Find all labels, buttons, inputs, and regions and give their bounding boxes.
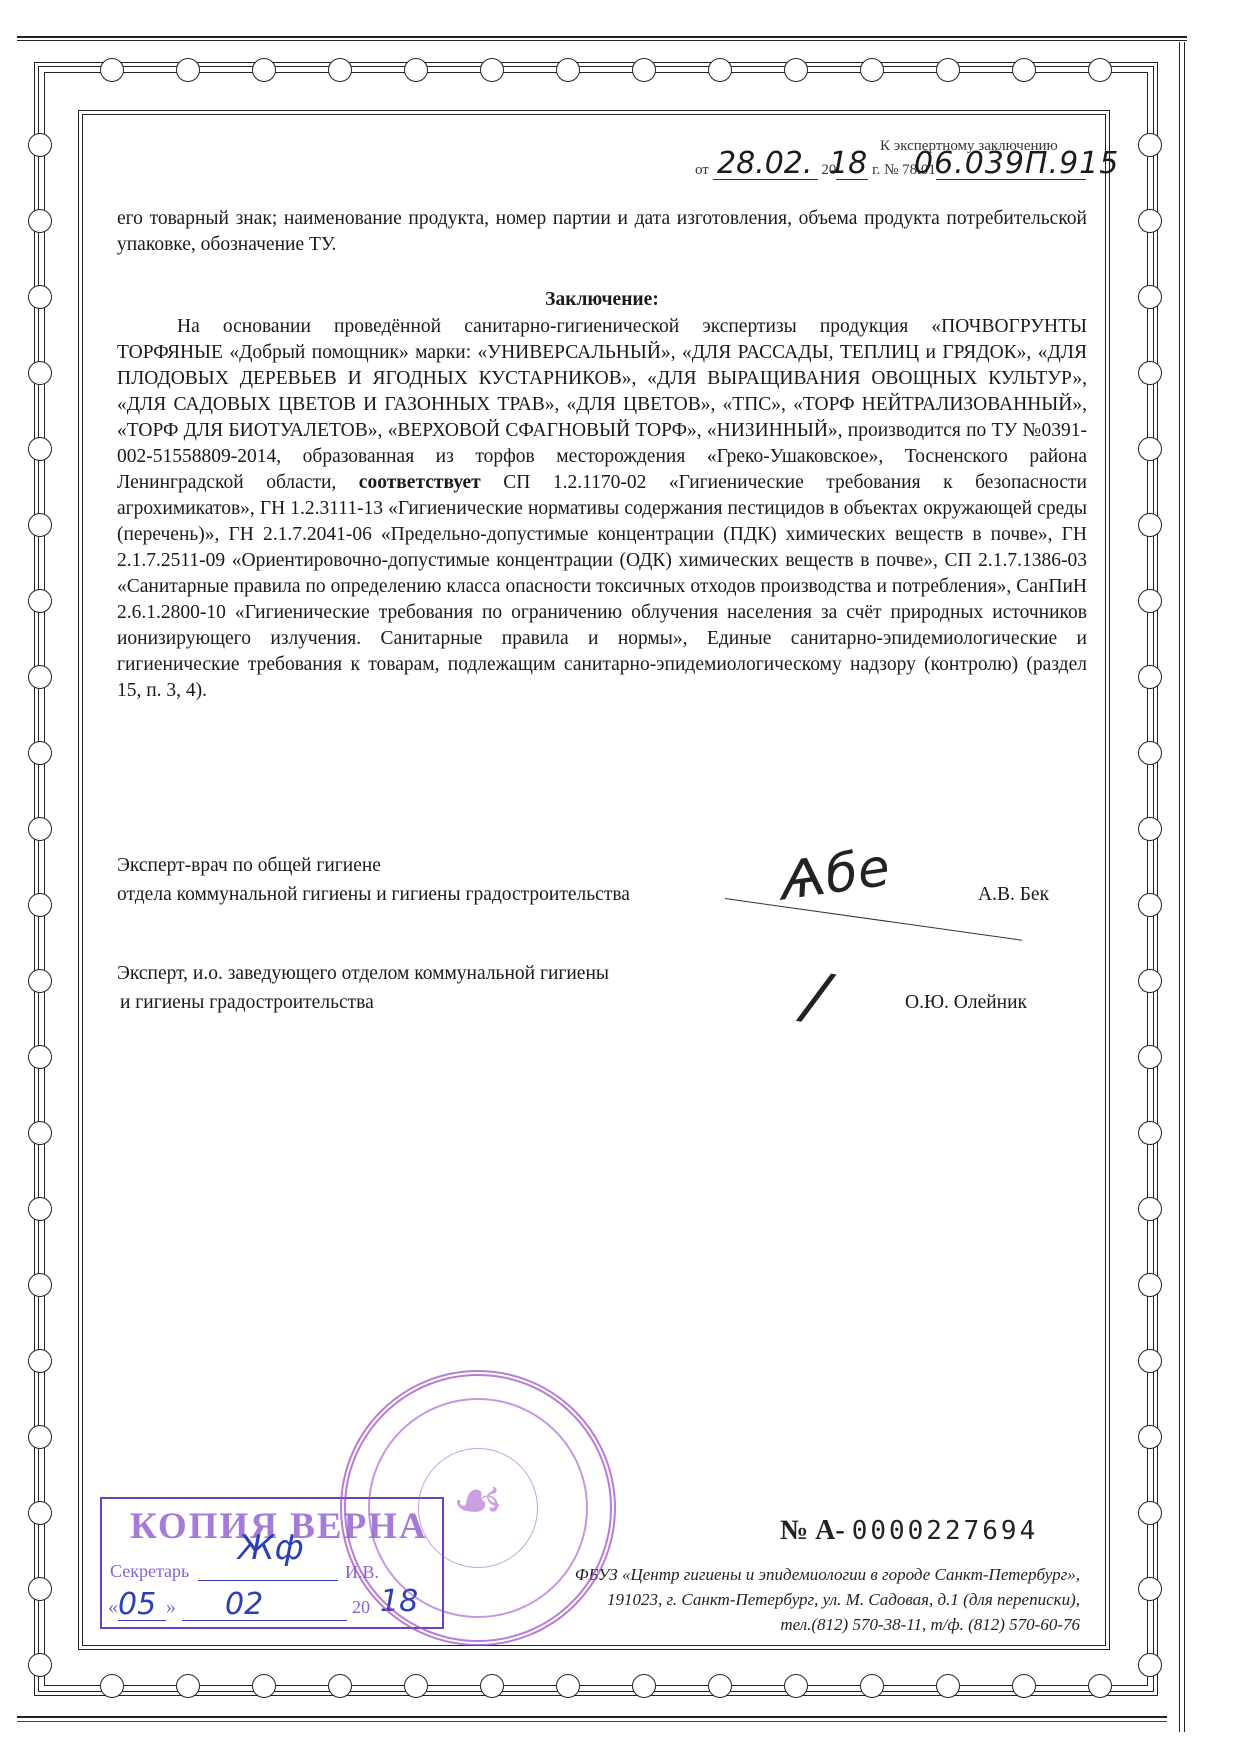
knot-ornament-icon bbox=[1088, 58, 1112, 82]
knot-ornament-icon bbox=[252, 58, 276, 82]
knot-ornament-icon bbox=[708, 1674, 732, 1698]
knot-ornament-icon bbox=[1138, 1653, 1162, 1677]
knot-ornament-icon bbox=[28, 741, 52, 765]
day-quote-open: « bbox=[108, 1596, 118, 1619]
knot-ornament-icon bbox=[28, 589, 52, 613]
knot-ornament-icon bbox=[1138, 893, 1162, 917]
signer2-name: О.Ю. Олейник bbox=[905, 992, 1027, 1014]
knot-ornament-icon bbox=[1088, 1674, 1112, 1698]
footer-address: 191023, г. Санкт-Петербург, ул. М. Садов… bbox=[607, 1590, 1080, 1610]
knot-ornament-icon bbox=[28, 1577, 52, 1601]
knot-ornament-icon bbox=[28, 665, 52, 689]
knot-ornament-icon bbox=[1138, 589, 1162, 613]
knot-ornament-icon bbox=[28, 1045, 52, 1069]
knot-ornament-icon bbox=[1138, 1349, 1162, 1373]
day-quote-close: » bbox=[166, 1596, 176, 1619]
number-label: г. № bbox=[872, 162, 898, 178]
document-number: № А- 0000227694 bbox=[780, 1515, 1038, 1547]
knot-ornament-icon bbox=[28, 969, 52, 993]
knot-ornament-icon bbox=[860, 58, 884, 82]
knot-ornament-icon bbox=[936, 1674, 960, 1698]
knot-ornament-icon bbox=[1012, 1674, 1036, 1698]
knot-ornament-icon bbox=[1138, 513, 1162, 537]
knot-ornament-icon bbox=[176, 58, 200, 82]
secretary-signature: Жф bbox=[238, 1528, 304, 1568]
knot-ornament-icon bbox=[556, 58, 580, 82]
knot-ornament-icon bbox=[28, 437, 52, 461]
knot-ornament-icon bbox=[1138, 361, 1162, 385]
knot-ornament-icon bbox=[28, 817, 52, 841]
handwritten-year: 18 bbox=[829, 146, 867, 181]
conclusion-title: Заключение: bbox=[117, 289, 1087, 311]
outer-border-right bbox=[1184, 42, 1185, 1732]
copy-month: 02 bbox=[225, 1587, 263, 1622]
knot-ornament-icon bbox=[784, 58, 808, 82]
outer-border-bottom-inner bbox=[17, 1721, 1167, 1722]
knot-ornament-icon bbox=[28, 1197, 52, 1221]
knot-ornament-icon bbox=[28, 361, 52, 385]
knot-ornament-icon bbox=[936, 58, 960, 82]
knot-ornament-icon bbox=[1138, 665, 1162, 689]
knot-ornament-icon bbox=[100, 1674, 124, 1698]
knot-ornament-icon bbox=[28, 1501, 52, 1525]
knot-ornament-icon bbox=[1012, 58, 1036, 82]
knot-ornament-icon bbox=[1138, 209, 1162, 233]
paragraph-conclusion: На основании проведённой санитарно-гигие… bbox=[117, 314, 1087, 704]
copy-day: 05 bbox=[118, 1587, 156, 1622]
copy-year-prefix: 20 bbox=[352, 1597, 370, 1618]
knot-ornament-icon bbox=[784, 1674, 808, 1698]
knot-ornament-icon bbox=[1138, 817, 1162, 841]
knot-ornament-icon bbox=[328, 1674, 352, 1698]
knot-ornament-icon bbox=[480, 58, 504, 82]
from-label: от bbox=[695, 162, 709, 178]
footer-organization: ФБУЗ «Центр гигиены и эпидемиологии в го… bbox=[575, 1565, 1080, 1585]
knot-ornament-icon bbox=[860, 1674, 884, 1698]
knot-ornament-icon bbox=[708, 58, 732, 82]
knot-ornament-icon bbox=[632, 1674, 656, 1698]
knot-ornament-icon bbox=[28, 1653, 52, 1677]
knot-ornament-icon bbox=[480, 1674, 504, 1698]
knot-ornament-icon bbox=[28, 285, 52, 309]
knot-ornament-icon bbox=[1138, 1273, 1162, 1297]
outer-border-top-inner bbox=[17, 40, 1187, 41]
handwritten-number: 06.039П.915 bbox=[914, 146, 1119, 181]
signer2-title-line1: Эксперт, и.о. заведующего отделом коммун… bbox=[117, 963, 609, 985]
knot-ornament-icon bbox=[28, 1121, 52, 1145]
signer1-title-line2: отдела коммунальной гигиены и гигиены гр… bbox=[117, 884, 630, 906]
document-number-prefix: № А- bbox=[780, 1515, 845, 1546]
knot-ornament-icon bbox=[404, 58, 428, 82]
knot-ornament-icon bbox=[28, 209, 52, 233]
paragraph-labeling: его товарный знак; наименование продукта… bbox=[117, 206, 1087, 258]
footer-phone: тел.(812) 570-38-11, т/ф. (812) 570-60-7… bbox=[780, 1615, 1080, 1635]
outer-border-top bbox=[17, 36, 1187, 38]
outer-border-right-inner bbox=[1179, 42, 1180, 1732]
month-underline bbox=[182, 1620, 347, 1621]
signer1-name: А.В. Бек bbox=[978, 884, 1049, 906]
knot-ornament-icon bbox=[28, 1425, 52, 1449]
knot-ornament-icon bbox=[632, 58, 656, 82]
signer2-title-line2: и гигиены градостроительства bbox=[120, 992, 374, 1014]
knot-ornament-icon bbox=[1138, 1501, 1162, 1525]
knot-ornament-icon bbox=[28, 893, 52, 917]
knot-ornament-icon bbox=[404, 1674, 428, 1698]
secretary-underline bbox=[198, 1580, 338, 1581]
knot-ornament-icon bbox=[1138, 1045, 1162, 1069]
handwritten-date: 28.02. bbox=[717, 146, 812, 181]
outer-border-bottom bbox=[17, 1716, 1167, 1718]
knot-ornament-icon bbox=[252, 1674, 276, 1698]
coat-of-arms-icon: ☙ bbox=[452, 1466, 504, 1534]
knot-ornament-icon bbox=[100, 58, 124, 82]
knot-ornament-icon bbox=[1138, 437, 1162, 461]
knot-ornament-icon bbox=[28, 513, 52, 537]
knot-ornament-icon bbox=[1138, 1577, 1162, 1601]
knot-ornament-icon bbox=[1138, 1197, 1162, 1221]
conclusion-verdict: соответствует bbox=[359, 472, 481, 493]
knot-ornament-icon bbox=[1138, 1121, 1162, 1145]
knot-ornament-icon bbox=[1138, 969, 1162, 993]
document-number-value: 0000227694 bbox=[852, 1516, 1039, 1546]
secretary-label: Секретарь bbox=[110, 1561, 189, 1582]
knot-ornament-icon bbox=[1138, 1425, 1162, 1449]
knot-ornament-icon bbox=[28, 133, 52, 157]
knot-ornament-icon bbox=[28, 1273, 52, 1297]
conclusion-text-part1: На основании проведённой санитарно-гигие… bbox=[117, 316, 1087, 493]
knot-ornament-icon bbox=[176, 1674, 200, 1698]
knot-ornament-icon bbox=[328, 58, 352, 82]
knot-ornament-icon bbox=[1138, 741, 1162, 765]
knot-ornament-icon bbox=[1138, 285, 1162, 309]
conclusion-text-part2: СП 1.2.1170-02 «Гигиенические требования… bbox=[117, 472, 1087, 701]
knot-ornament-icon bbox=[28, 1349, 52, 1373]
day-underline bbox=[118, 1620, 166, 1621]
knot-ornament-icon bbox=[556, 1674, 580, 1698]
signer1-title-line1: Эксперт-врач по общей гигиене bbox=[117, 855, 381, 877]
knot-ornament-icon bbox=[1138, 133, 1162, 157]
